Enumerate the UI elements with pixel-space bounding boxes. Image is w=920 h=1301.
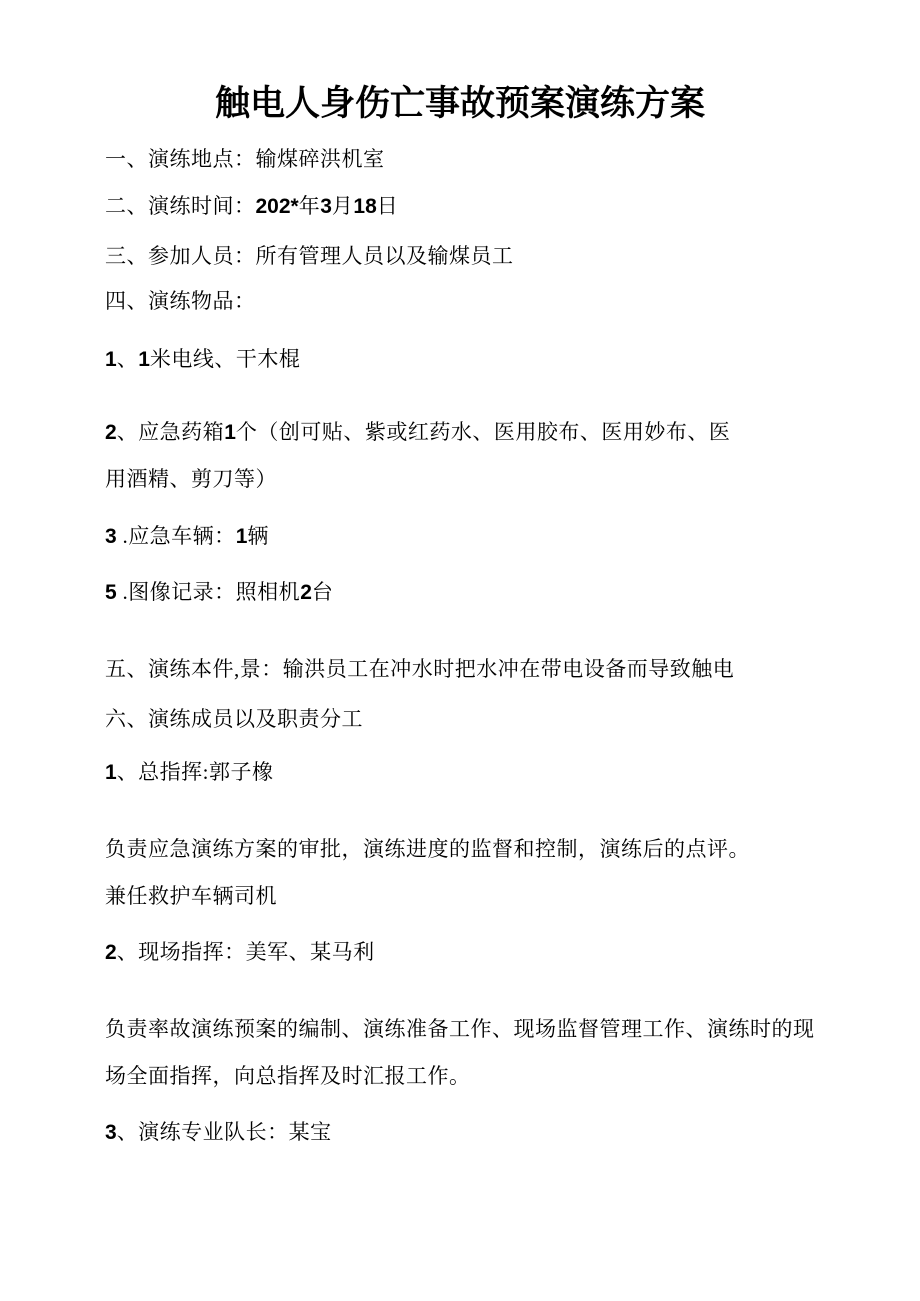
item-first-aid-kit: 2、应急药箱1个（创可贴、紫或红药水、医用胶布、医用妙布、医 bbox=[105, 420, 730, 445]
item-number: 2 bbox=[105, 421, 117, 444]
line-text: 负责率故演练预案的编制、演练准备工作、现场监督管理工作、演练时的现 bbox=[105, 1017, 815, 1041]
line-text: 辆 bbox=[247, 524, 269, 548]
line-text: 、应急药箱 bbox=[117, 420, 225, 444]
line-chief-commander: 1、总指挥:郭子橡 bbox=[105, 760, 274, 785]
item-number: 3 bbox=[105, 525, 117, 548]
line-members-and-duties-heading: 六、演练成员以及职责分工 bbox=[105, 707, 363, 732]
line-text: 五、演练本件,景：输洪员工在冲水时把水冲在带电设备而导致触电 bbox=[105, 657, 734, 681]
item-image-recording: 5 .图像记录：照相机2台 bbox=[105, 580, 333, 605]
line-participants: 三、参加人员：所有管理人员以及输煤员工 bbox=[105, 244, 514, 269]
line-text: 日 bbox=[377, 194, 399, 218]
document-title: 触电人身伤亡事故预案演练方案 bbox=[0, 84, 920, 124]
quantity-value: 2 bbox=[300, 581, 312, 604]
line-text: 二、演练时间： bbox=[105, 194, 256, 218]
line-drill-scenario: 五、演练本件,景：输洪员工在冲水时把水冲在带电设备而导致触电 bbox=[105, 657, 734, 682]
line-drill-team-leader: 3、演练专业队长：某宝 bbox=[105, 1120, 332, 1145]
drill-month-value: 3 bbox=[320, 195, 332, 218]
line-text: 负责应急演练方案的审批，演练进度的监督和控制，演练后的点评。 bbox=[105, 837, 750, 861]
item-number: 1 bbox=[105, 761, 117, 784]
line-text: 六、演练成员以及职责分工 bbox=[105, 707, 363, 731]
line-text: 年 bbox=[299, 194, 321, 218]
quantity-value: 1 bbox=[138, 348, 150, 371]
line-text: 、 bbox=[117, 347, 139, 371]
line-text: 四、演练物品： bbox=[105, 289, 256, 313]
item-number: 2 bbox=[105, 941, 117, 964]
line-ambulance-driver: 兼任救护车辆司机 bbox=[105, 884, 277, 909]
line-site-commander-duties: 负责率故演练预案的编制、演练准备工作、现场监督管理工作、演练时的现 bbox=[105, 1017, 815, 1042]
item-number: 1 bbox=[105, 348, 117, 371]
line-text: .应急车辆： bbox=[117, 524, 236, 548]
quantity-value: 1 bbox=[224, 421, 236, 444]
line-text: .图像记录：照相机 bbox=[117, 580, 301, 604]
line-site-commander: 2、现场指挥：美军、某马利 bbox=[105, 940, 375, 965]
item-number: 3 bbox=[105, 1121, 117, 1144]
line-text: 个（创可贴、紫或红药水、医用胶布、医用妙布、医 bbox=[236, 420, 731, 444]
item-first-aid-kit-continued: 用酒精、剪刀等） bbox=[105, 467, 277, 492]
line-text: 、总指挥:郭子橡 bbox=[117, 760, 274, 784]
line-drill-time: 二、演练时间：202*年3月18日 bbox=[105, 194, 398, 219]
item-emergency-vehicle: 3 .应急车辆：1辆 bbox=[105, 524, 269, 549]
line-text: 场全面指挥，向总指挥及时汇报工作。 bbox=[105, 1064, 471, 1088]
line-text: 月 bbox=[332, 194, 354, 218]
line-chief-commander-duties: 负责应急演练方案的审批，演练进度的监督和控制，演练后的点评。 bbox=[105, 837, 750, 862]
line-text: 用酒精、剪刀等） bbox=[105, 467, 277, 491]
line-text: 米电线、干木棍 bbox=[150, 347, 301, 371]
document-page: 触电人身伤亡事故预案演练方案 一、演练地点：输煤碎洪机室 二、演练时间：202*… bbox=[0, 0, 920, 1301]
line-site-commander-duties-continued: 场全面指挥，向总指挥及时汇报工作。 bbox=[105, 1064, 471, 1089]
line-text: 兼任救护车辆司机 bbox=[105, 884, 277, 908]
drill-day-value: 18 bbox=[353, 195, 376, 218]
item-wire-and-stick: 1、1米电线、干木棍 bbox=[105, 347, 300, 372]
line-text: 台 bbox=[312, 580, 334, 604]
item-number: 5 bbox=[105, 581, 117, 604]
line-text: 、演练专业队长：某宝 bbox=[117, 1120, 332, 1144]
line-text: 、现场指挥：美军、某马利 bbox=[117, 940, 375, 964]
quantity-value: 1 bbox=[236, 525, 248, 548]
drill-year-value: 202* bbox=[256, 195, 299, 218]
line-text: 三、参加人员：所有管理人员以及输煤员工 bbox=[105, 244, 514, 268]
line-drill-items-heading: 四、演练物品： bbox=[105, 289, 256, 314]
line-drill-location: 一、演练地点：输煤碎洪机室 bbox=[105, 147, 385, 172]
line-text: 一、演练地点：输煤碎洪机室 bbox=[105, 147, 385, 171]
